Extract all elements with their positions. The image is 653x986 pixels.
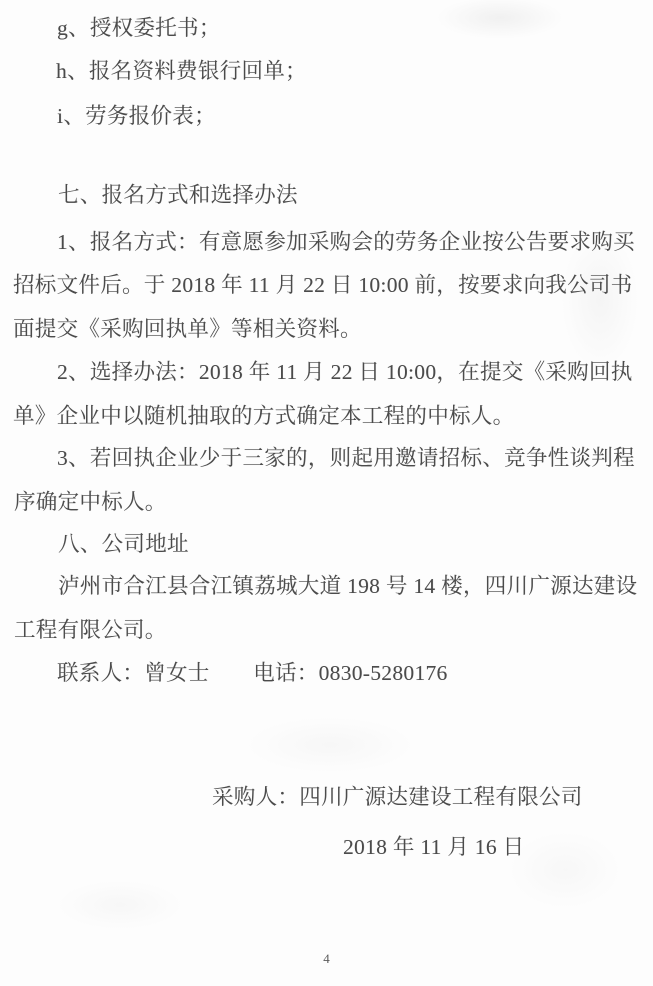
section-heading-eight: 八、公司地址	[58, 529, 189, 559]
address-line1: 泸州市合江县合江镇荔城大道 198 号 14 楼，四川广源达建设	[58, 571, 637, 601]
para2-line1: 2、选择办法：2018 年 11 月 22 日 10:00，在提交《采购回执	[57, 357, 633, 387]
list-item-h: h、报名资料费银行回单；	[56, 56, 307, 86]
para1-line2: 招标文件后。于 2018 年 11 月 22 日 10:00 前，按要求向我公司…	[13, 270, 632, 300]
para1-line3: 面提交《采购回执单》等相关资料。	[13, 314, 362, 344]
para3-line2: 序确定中标人。	[14, 487, 167, 517]
page-number: 4	[0, 951, 653, 967]
para3-line1: 3、若回执企业少于三家的，则起用邀请招标、竞争性谈判程	[57, 443, 635, 473]
signature-date: 2018 年 11 月 16 日	[343, 832, 524, 862]
section-heading-seven: 七、报名方式和选择办法	[58, 180, 298, 210]
para1-line1: 1、报名方式：有意愿参加采购会的劳务企业按公告要求购买	[57, 227, 635, 257]
document-page: g、授权委托书； h、报名资料费银行回单； i、劳务报价表； 七、报名方式和选择…	[0, 0, 653, 986]
address-line2: 工程有限公司。	[14, 615, 167, 645]
purchaser-signature: 采购人：四川广源达建设工程有限公司	[212, 782, 583, 812]
contact-line: 联系人：曾女士 电话：0830-5280176	[57, 658, 448, 688]
list-item-i: i、劳务报价表；	[57, 101, 216, 131]
para2-line2: 单》企业中以随机抽取的方式确定本工程的中标人。	[13, 401, 514, 431]
list-item-g: g、授权委托书；	[57, 13, 221, 43]
